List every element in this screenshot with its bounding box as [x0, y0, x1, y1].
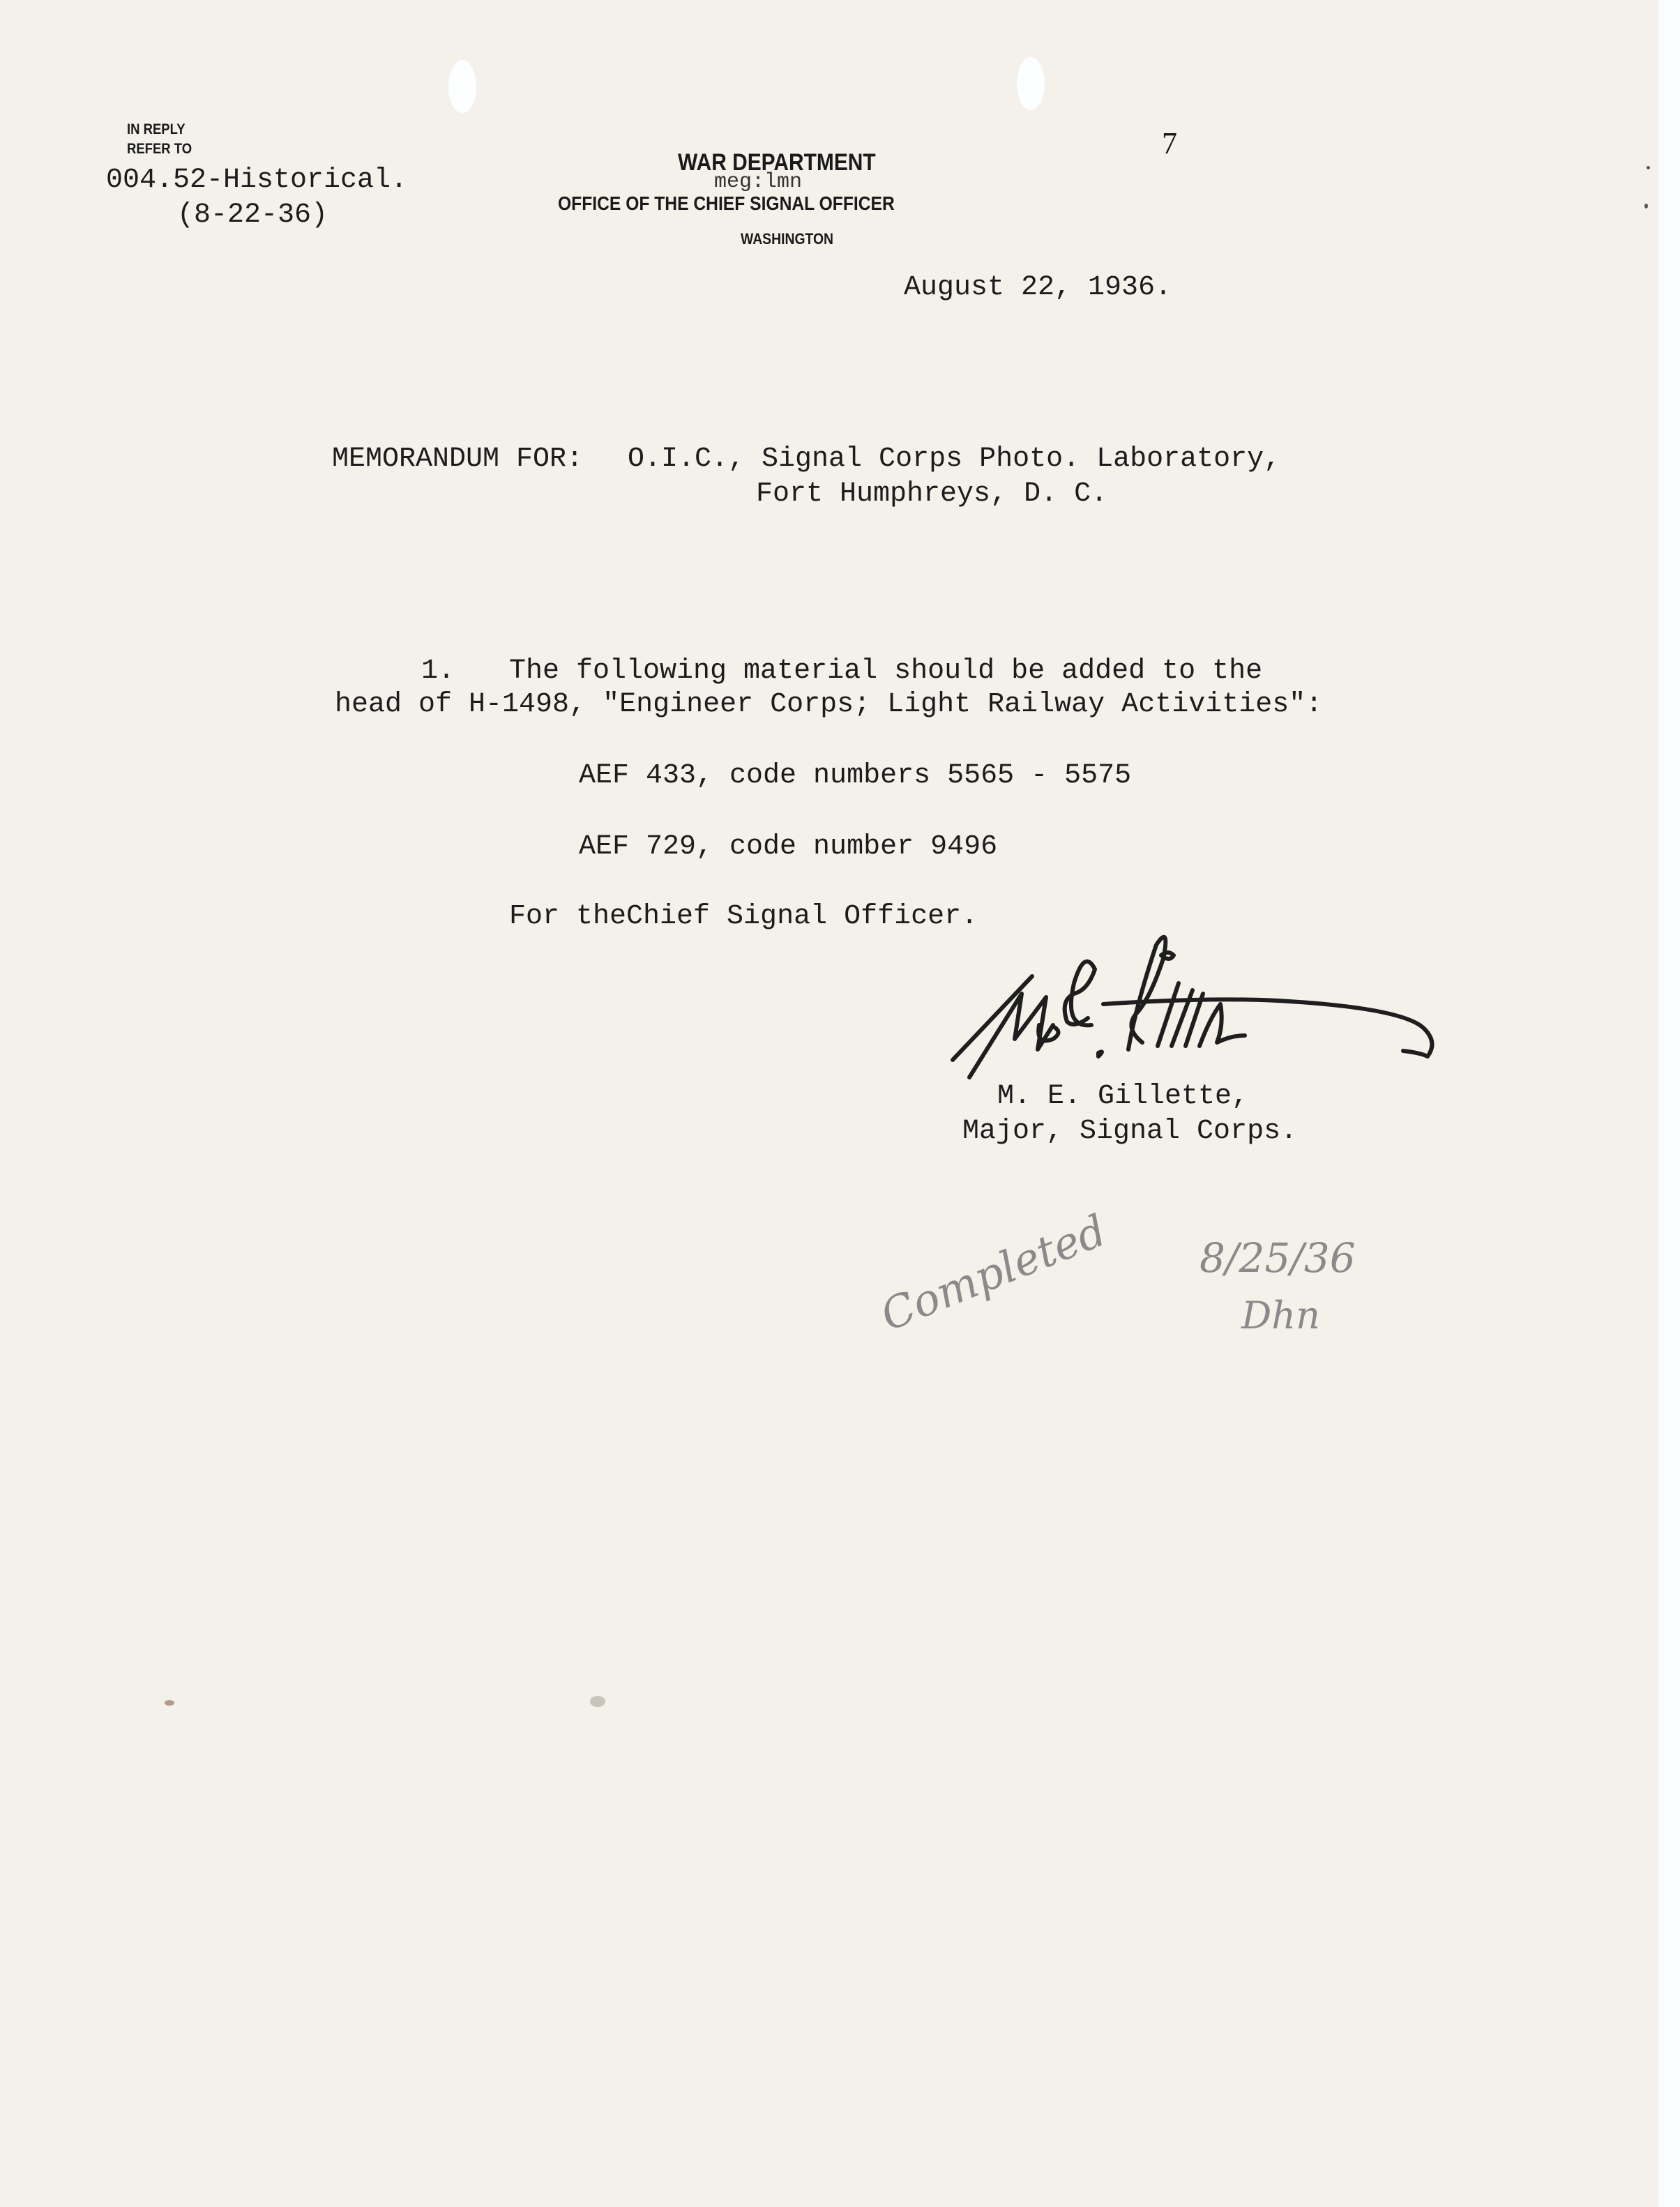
memo-label: MEMORANDUM FOR: — [332, 443, 583, 475]
paper-blemish — [1647, 166, 1650, 169]
signer-name: M. E. Gillette, — [997, 1081, 1248, 1112]
completed-initials: Dhn — [1241, 1294, 1320, 1337]
punch-hole-left — [448, 60, 476, 113]
reply-label-line2: REFER TO — [127, 141, 192, 158]
memo-date: August 22, 1936. — [904, 272, 1172, 303]
scan-background-edge — [1658, 0, 1680, 2207]
reply-label-line1: IN REPLY — [127, 121, 186, 138]
list-item: AEF 729, code number 9496 — [579, 831, 997, 863]
file-date: (8-22-36) — [177, 199, 328, 231]
document-page: IN REPLY REFER TO 004.52-Historical. (8-… — [0, 0, 1658, 2207]
paper-blemish — [165, 1700, 174, 1706]
completed-date: 8/25/36 — [1200, 1234, 1356, 1282]
list-item: AEF 433, code numbers 5565 - 5575 — [579, 760, 1131, 791]
typist-initials: meg:lmn — [714, 170, 802, 194]
file-reference: 004.52-Historical. — [106, 165, 407, 196]
punch-hole-right — [1017, 57, 1045, 110]
memo-addressee-line2: Fort Humphreys, D. C. — [756, 478, 1107, 510]
office-heading: OFFICE OF THE CHIEF SIGNAL OFFICER — [558, 192, 895, 215]
signer-title: Major, Signal Corps. — [962, 1116, 1297, 1147]
city-heading: WASHINGTON — [741, 230, 833, 248]
paragraph-number: 1. — [421, 655, 455, 687]
handwritten-signature — [948, 927, 1520, 1095]
page-number: 7 — [1162, 126, 1177, 161]
paragraph-line1: The following material should be added t… — [509, 655, 1262, 687]
memo-addressee-line1: O.I.C., Signal Corps Photo. Laboratory, — [628, 443, 1280, 475]
paper-blemish — [590, 1696, 605, 1707]
completed-annotation: Completed — [874, 1205, 1114, 1341]
closing-line: For theChief Signal Officer. — [509, 901, 978, 932]
paper-blemish — [1644, 204, 1648, 208]
paragraph-line2: head of H-1498, "Engineer Corps; Light R… — [335, 689, 1322, 720]
